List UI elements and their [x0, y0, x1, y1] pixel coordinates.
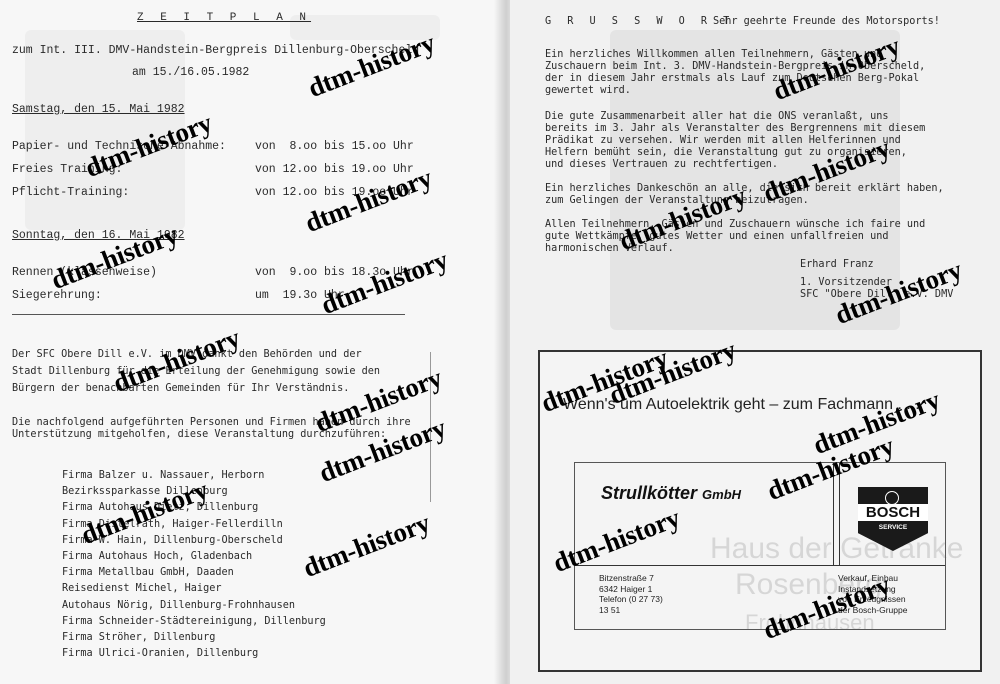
- sponsor-item: Firma Ströher, Dillenburg: [62, 632, 215, 643]
- paragraph-line: Allen Teilnehmern, Gästen und Zuschauern…: [545, 219, 925, 231]
- schedule-label: Pflicht-Training:: [12, 186, 129, 199]
- bosch-wordmark: BOSCH: [866, 504, 920, 521]
- service-label: SERVICE: [858, 524, 928, 531]
- day-heading-saturday: Samstag, den 15. Mai 1982: [12, 103, 185, 116]
- bosch-armature-icon: [885, 491, 899, 505]
- schedule-time: von 12.oo bis 19.oo Uhr: [255, 163, 414, 176]
- greeting: Sehr geehrte Freunde des Motorsports!: [713, 16, 940, 27]
- paragraph-line: Die gute Zusammenarbeit aller hat die ON…: [545, 111, 888, 123]
- sponsor-item: Autohaus Nörig, Dillenburg-Frohnhausen: [62, 600, 295, 611]
- paragraph-line: bereits im 3. Jahr als Veranstalter des …: [545, 123, 925, 135]
- signature-name: Erhard Franz: [800, 259, 874, 271]
- company-address: Bitzenstraße 7 6342 Haiger 1 Telefon (0 …: [599, 573, 663, 615]
- sponsor-item: Firma Metallbau GmbH, Daaden: [62, 567, 234, 578]
- bosch-service-logo: BOSCH SERVICE: [858, 487, 928, 551]
- page-right-grusswort: G R U S S W O R T Sehr geehrte Freunde d…: [510, 0, 1000, 684]
- thanks-text: Bürgern der benachbarten Gemeinden für I…: [12, 383, 349, 394]
- schedule-time: von 8.oo bis 15.oo Uhr: [255, 140, 414, 153]
- page-title: G R U S S W O R T: [545, 16, 734, 27]
- sponsor-item: Reisedienst Michel, Haiger: [62, 583, 221, 594]
- event-date: am 15./16.05.1982: [132, 66, 249, 79]
- page-left-zeitplan: Z E I T P L A N zum Int. III. DMV-Handst…: [0, 0, 500, 684]
- ad-divider: [575, 565, 945, 566]
- sponsor-item: Firma Autohaus Hoch, Gladenbach: [62, 551, 252, 562]
- page-title: Z E I T P L A N: [137, 12, 311, 24]
- paragraph-line: gute Wettkämpfe, gutes Wetter und einen …: [545, 231, 888, 243]
- section-divider: [12, 314, 405, 315]
- sponsor-item: Firma Balzer u. Nassauer, Herborn: [62, 470, 264, 481]
- paragraph-line: und dieses Vertrauen zu rechtfertigen.: [545, 159, 778, 171]
- brand-cell: BOSCH SERVICE: [839, 463, 946, 565]
- company-name: Strullkötter GmbH: [601, 483, 741, 504]
- sponsor-item: Firma Schneider-Städtereinigung, Dillenb…: [62, 616, 326, 627]
- paragraph-line: gewertet wird.: [545, 85, 631, 97]
- sponsor-item: Firma Ulrici-Oranien, Dillenburg: [62, 648, 258, 659]
